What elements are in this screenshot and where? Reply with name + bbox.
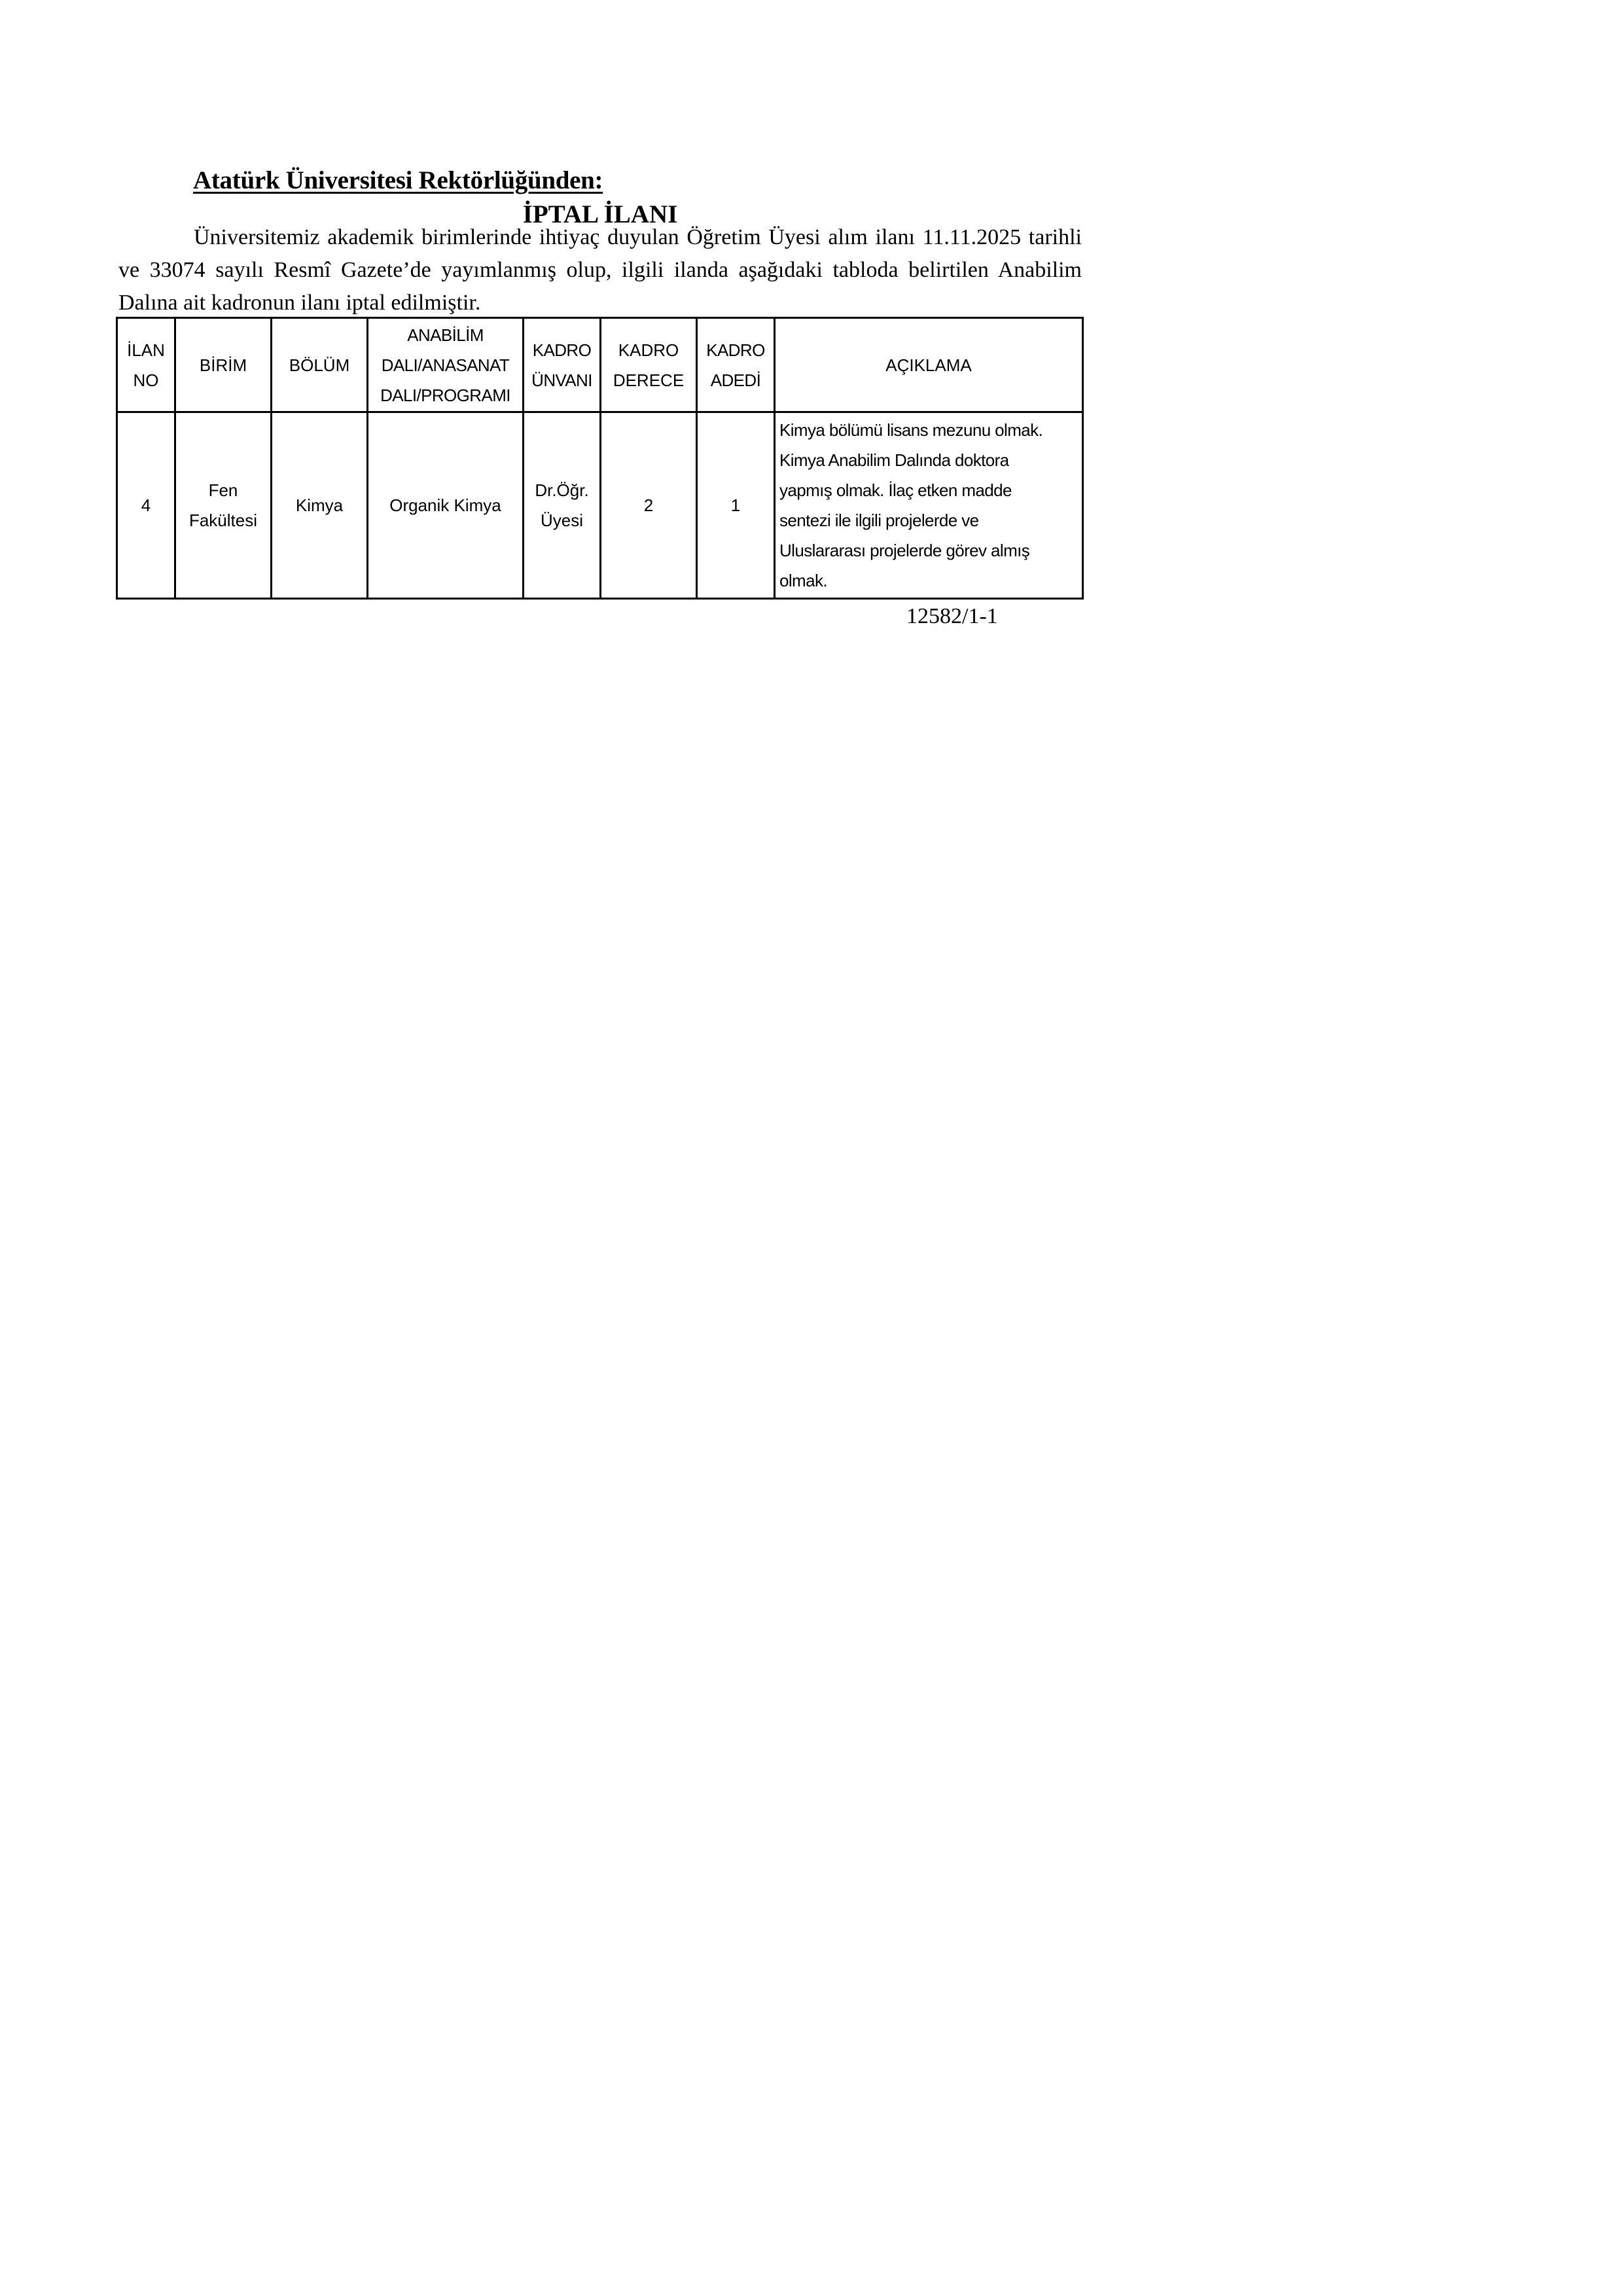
cell-kadro-derece: 2 <box>601 412 697 599</box>
reference-number: 12582/1-1 <box>906 602 998 631</box>
cell-aciklama: Kimya bölümü lisans mezunu olmak. Kimya … <box>775 412 1083 599</box>
cell-anabilim-dali: Organik Kimya <box>368 412 524 599</box>
header-anabilim-dali: ANABİLİM DALI/ANASANAT DALI/PROGRAMI <box>368 318 524 412</box>
header-kadro-adedi: KADRO ADEDİ <box>697 318 775 412</box>
header-birim: BİRİM <box>175 318 272 412</box>
cell-birim: Fen Fakültesi <box>175 412 272 599</box>
issuer-heading: Atatürk Üniversitesi Rektörlüğünden: <box>193 161 603 200</box>
header-aciklama: AÇIKLAMA <box>775 318 1083 412</box>
header-kadro-derece: KADRO DERECE <box>601 318 697 412</box>
header-bolum: BÖLÜM <box>272 318 368 412</box>
table-header-row: İLAN NO BİRİM BÖLÜM ANABİLİM DALI/ANASAN… <box>117 318 1083 412</box>
cancelled-positions-table: İLAN NO BİRİM BÖLÜM ANABİLİM DALI/ANASAN… <box>116 317 1084 600</box>
table-row: 4 Fen Fakültesi Kimya Organik Kimya Dr.Ö… <box>117 412 1083 599</box>
header-kadro-unvani: KADRO ÜNVANI <box>524 318 601 412</box>
cell-kadro-adedi: 1 <box>697 412 775 599</box>
header-ilan-no: İLAN NO <box>117 318 175 412</box>
announcement-body: Üniversitemiz akademik birimlerinde ihti… <box>118 221 1082 319</box>
cell-ilan-no: 4 <box>117 412 175 599</box>
cell-kadro-unvani: Dr.Öğr. Üyesi <box>524 412 601 599</box>
cell-bolum: Kimya <box>272 412 368 599</box>
